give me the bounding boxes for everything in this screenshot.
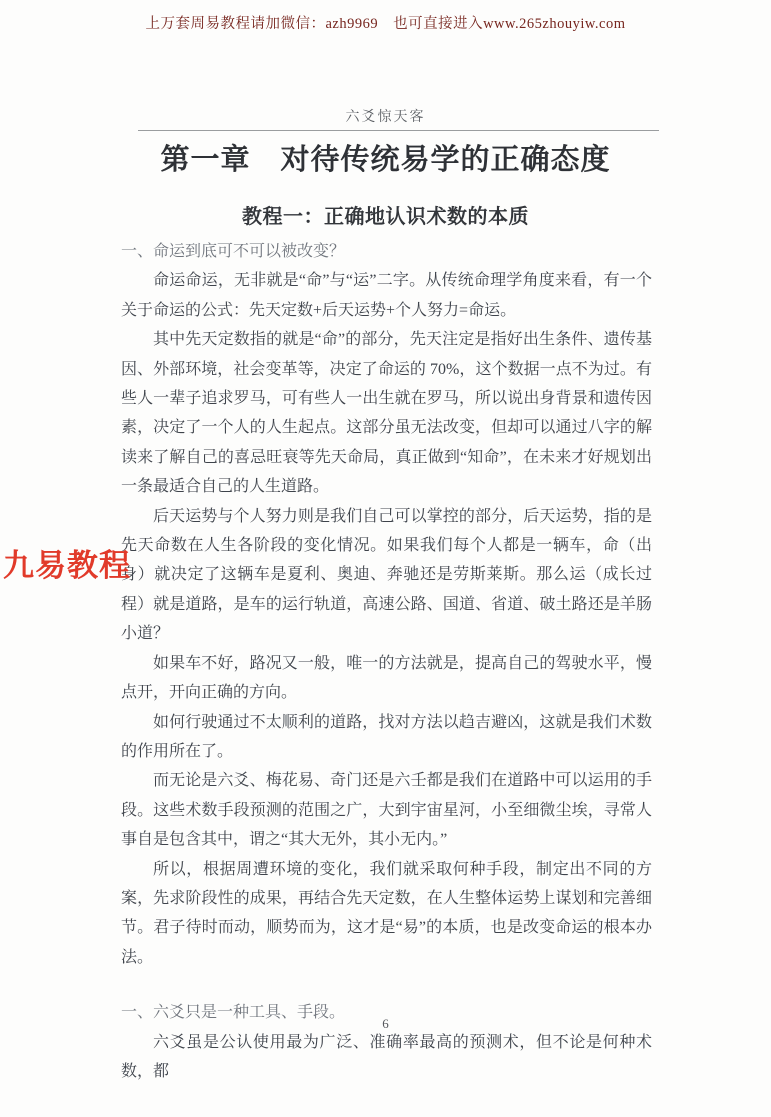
lesson-title: 教程一：正确地认识术数的本质 (0, 200, 771, 229)
header-promo-note: 上万套周易教程请加微信：azh9969 也可直接进入www.265zhouyiw… (0, 12, 771, 33)
paragraph: 其中先天定数指的就是“命”的部分，先天注定是指好出生条件、遗传基因、外部环境，社… (121, 325, 652, 501)
paragraph: 如果车不好，路况又一般，唯一的方法就是，提高自己的驾驶水平，慢点开，开向正确的方… (121, 649, 652, 708)
red-watermark-brand: 九易教程 (3, 540, 131, 585)
paragraph: 命运命运，无非就是“命”与“运”二字。从传统命理学角度来看，有一个关于命运的公式… (121, 266, 652, 325)
paragraph: 所以，根据周遭环境的变化，我们就采取何种手段，制定出不同的方案，先求阶段性的成果… (121, 855, 652, 973)
header-divider-line (138, 130, 659, 131)
section-heading: 一、命运到底可不可以被改变？ (121, 237, 652, 266)
paragraph: 而无论是六爻、梅花易、奇门还是六壬都是我们在道路中可以运用的手段。这些术数手段预… (121, 766, 652, 854)
body-text: 一、命运到底可不可以被改变？ 命运命运，无非就是“命”与“运”二字。从传统命理学… (121, 237, 652, 1086)
running-head-book-title: 六爻惊天客 (0, 106, 771, 126)
chapter-title: 第一章 对待传统易学的正确态度 (0, 137, 771, 178)
paragraph: 后天运势与个人努力则是我们自己可以掌控的部分，后天运势，指的是先天命数在人生各阶… (121, 502, 652, 649)
paragraph: 如何行驶通过不太顺利的道路，找对方法以趋吉避凶，这就是我们术数的作用所在了。 (121, 708, 652, 767)
page-number: 6 (0, 1016, 771, 1032)
paragraph: 六爻虽是公认使用最为广泛、准确率最高的预测术，但不论是何种术数，都 (121, 1028, 652, 1087)
